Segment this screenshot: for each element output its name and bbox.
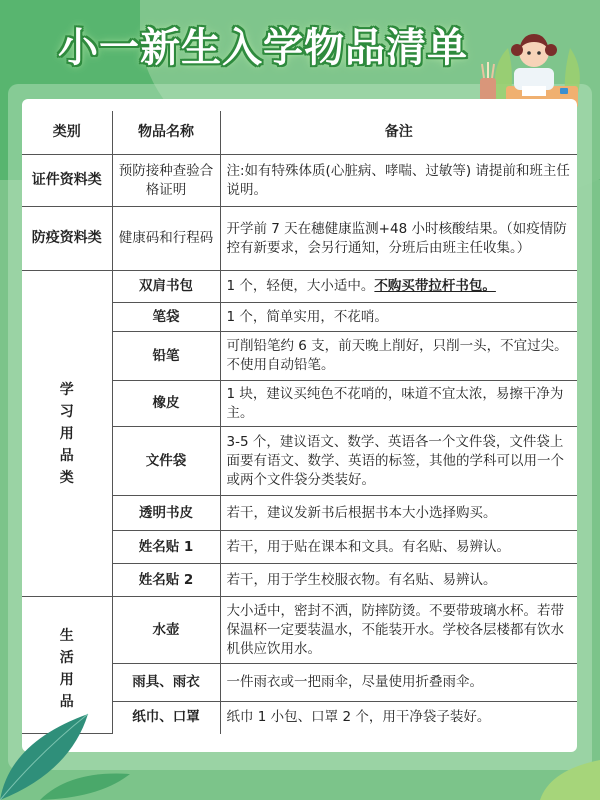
- checklist-card: 类别 物品名称 备注 证件资料类 预防接种查验合格证明 注:如有特殊体质(心脏病…: [22, 99, 577, 752]
- item-cell: 姓名贴 1: [112, 531, 220, 564]
- note-cell: 大小适中，密封不洒，防摔防烫。不要带玻璃水杯。若带保温杯一定要装温水，不能装开水…: [220, 597, 577, 664]
- note-emphasis: 不购买带拉杆书包。: [374, 278, 496, 294]
- item-cell: 水壶: [112, 597, 220, 664]
- page-title: 小一新生入学物品清单: [58, 22, 478, 74]
- header-item-name: 物品名称: [112, 111, 220, 155]
- item-cell: 文件袋: [112, 427, 220, 496]
- note-text: 1 个，轻便，大小适中。: [227, 278, 375, 294]
- note-cell: 可削铅笔约 6 支，前天晚上削好，只削一头，不宜过尖。不使用自动铅笔。: [220, 332, 577, 381]
- note-cell: 1 块，建议买纯色不花哨的，味道不宜太浓，易擦干净为主。: [220, 381, 577, 427]
- table-row: 学习用品类 双肩书包 1 个，轻便，大小适中。不购买带拉杆书包。: [22, 271, 577, 303]
- item-cell: 笔袋: [112, 303, 220, 332]
- item-cell: 健康码和行程码: [112, 207, 220, 271]
- table-row: 证件资料类 预防接种查验合格证明 注:如有特殊体质(心脏病、哮喘、过敏等) 请提…: [22, 155, 577, 207]
- item-cell: 双肩书包: [112, 271, 220, 303]
- note-cell: 纸巾 1 小包、口罩 2 个，用干净袋子装好。: [220, 702, 577, 734]
- header-category: 类别: [22, 111, 112, 155]
- item-cell: 橡皮: [112, 381, 220, 427]
- item-cell: 雨具、雨衣: [112, 664, 220, 702]
- item-cell: 铅笔: [112, 332, 220, 381]
- note-cell: 开学前 7 天在穗健康监测+48 小时核酸结果。（如疫情防控有新要求，会另行通知…: [220, 207, 577, 271]
- note-cell: 若干，建议发新书后根据书本大小选择购买。: [220, 496, 577, 531]
- table-header-row: 类别 物品名称 备注: [22, 111, 577, 155]
- leaf-decoration-icon: [530, 760, 600, 800]
- note-cell: 若干，用于学生校服衣物。有名贴、易辨认。: [220, 564, 577, 597]
- leaf-decoration-icon: [40, 770, 140, 800]
- note-cell: 1 个，轻便，大小适中。不购买带拉杆书包。: [220, 271, 577, 303]
- item-cell: 姓名贴 2: [112, 564, 220, 597]
- category-cell: 证件资料类: [22, 155, 112, 207]
- table-row: 防疫资料类 健康码和行程码 开学前 7 天在穗健康监测+48 小时核酸结果。（如…: [22, 207, 577, 271]
- note-cell: 注:如有特殊体质(心脏病、哮喘、过敏等) 请提前和班主任说明。: [220, 155, 577, 207]
- item-cell: 透明书皮: [112, 496, 220, 531]
- item-cell: 纸巾、口罩: [112, 702, 220, 734]
- note-cell: 1 个，简单实用，不花哨。: [220, 303, 577, 332]
- header-notes: 备注: [220, 111, 577, 155]
- category-cell-study-supplies: 学习用品类: [22, 271, 112, 597]
- item-cell: 预防接种查验合格证明: [112, 155, 220, 207]
- category-label: 生活用品: [59, 625, 74, 713]
- category-cell: 防疫资料类: [22, 207, 112, 271]
- category-label: 学习用品类: [59, 379, 74, 489]
- table-row: 生活用品 水壶 大小适中，密封不洒，防摔防烫。不要带玻璃水杯。若带保温杯一定要装…: [22, 597, 577, 664]
- note-cell: 3-5 个，建议语文、数学、英语各一个文件袋，文件袋上面要有语文、数学、英语的标…: [220, 427, 577, 496]
- note-cell: 若干，用于贴在课本和文具。有名贴、易辨认。: [220, 531, 577, 564]
- checklist-table: 类别 物品名称 备注 证件资料类 预防接种查验合格证明 注:如有特殊体质(心脏病…: [22, 111, 577, 734]
- note-cell: 一件雨衣或一把雨伞，尽量使用折叠雨伞。: [220, 664, 577, 702]
